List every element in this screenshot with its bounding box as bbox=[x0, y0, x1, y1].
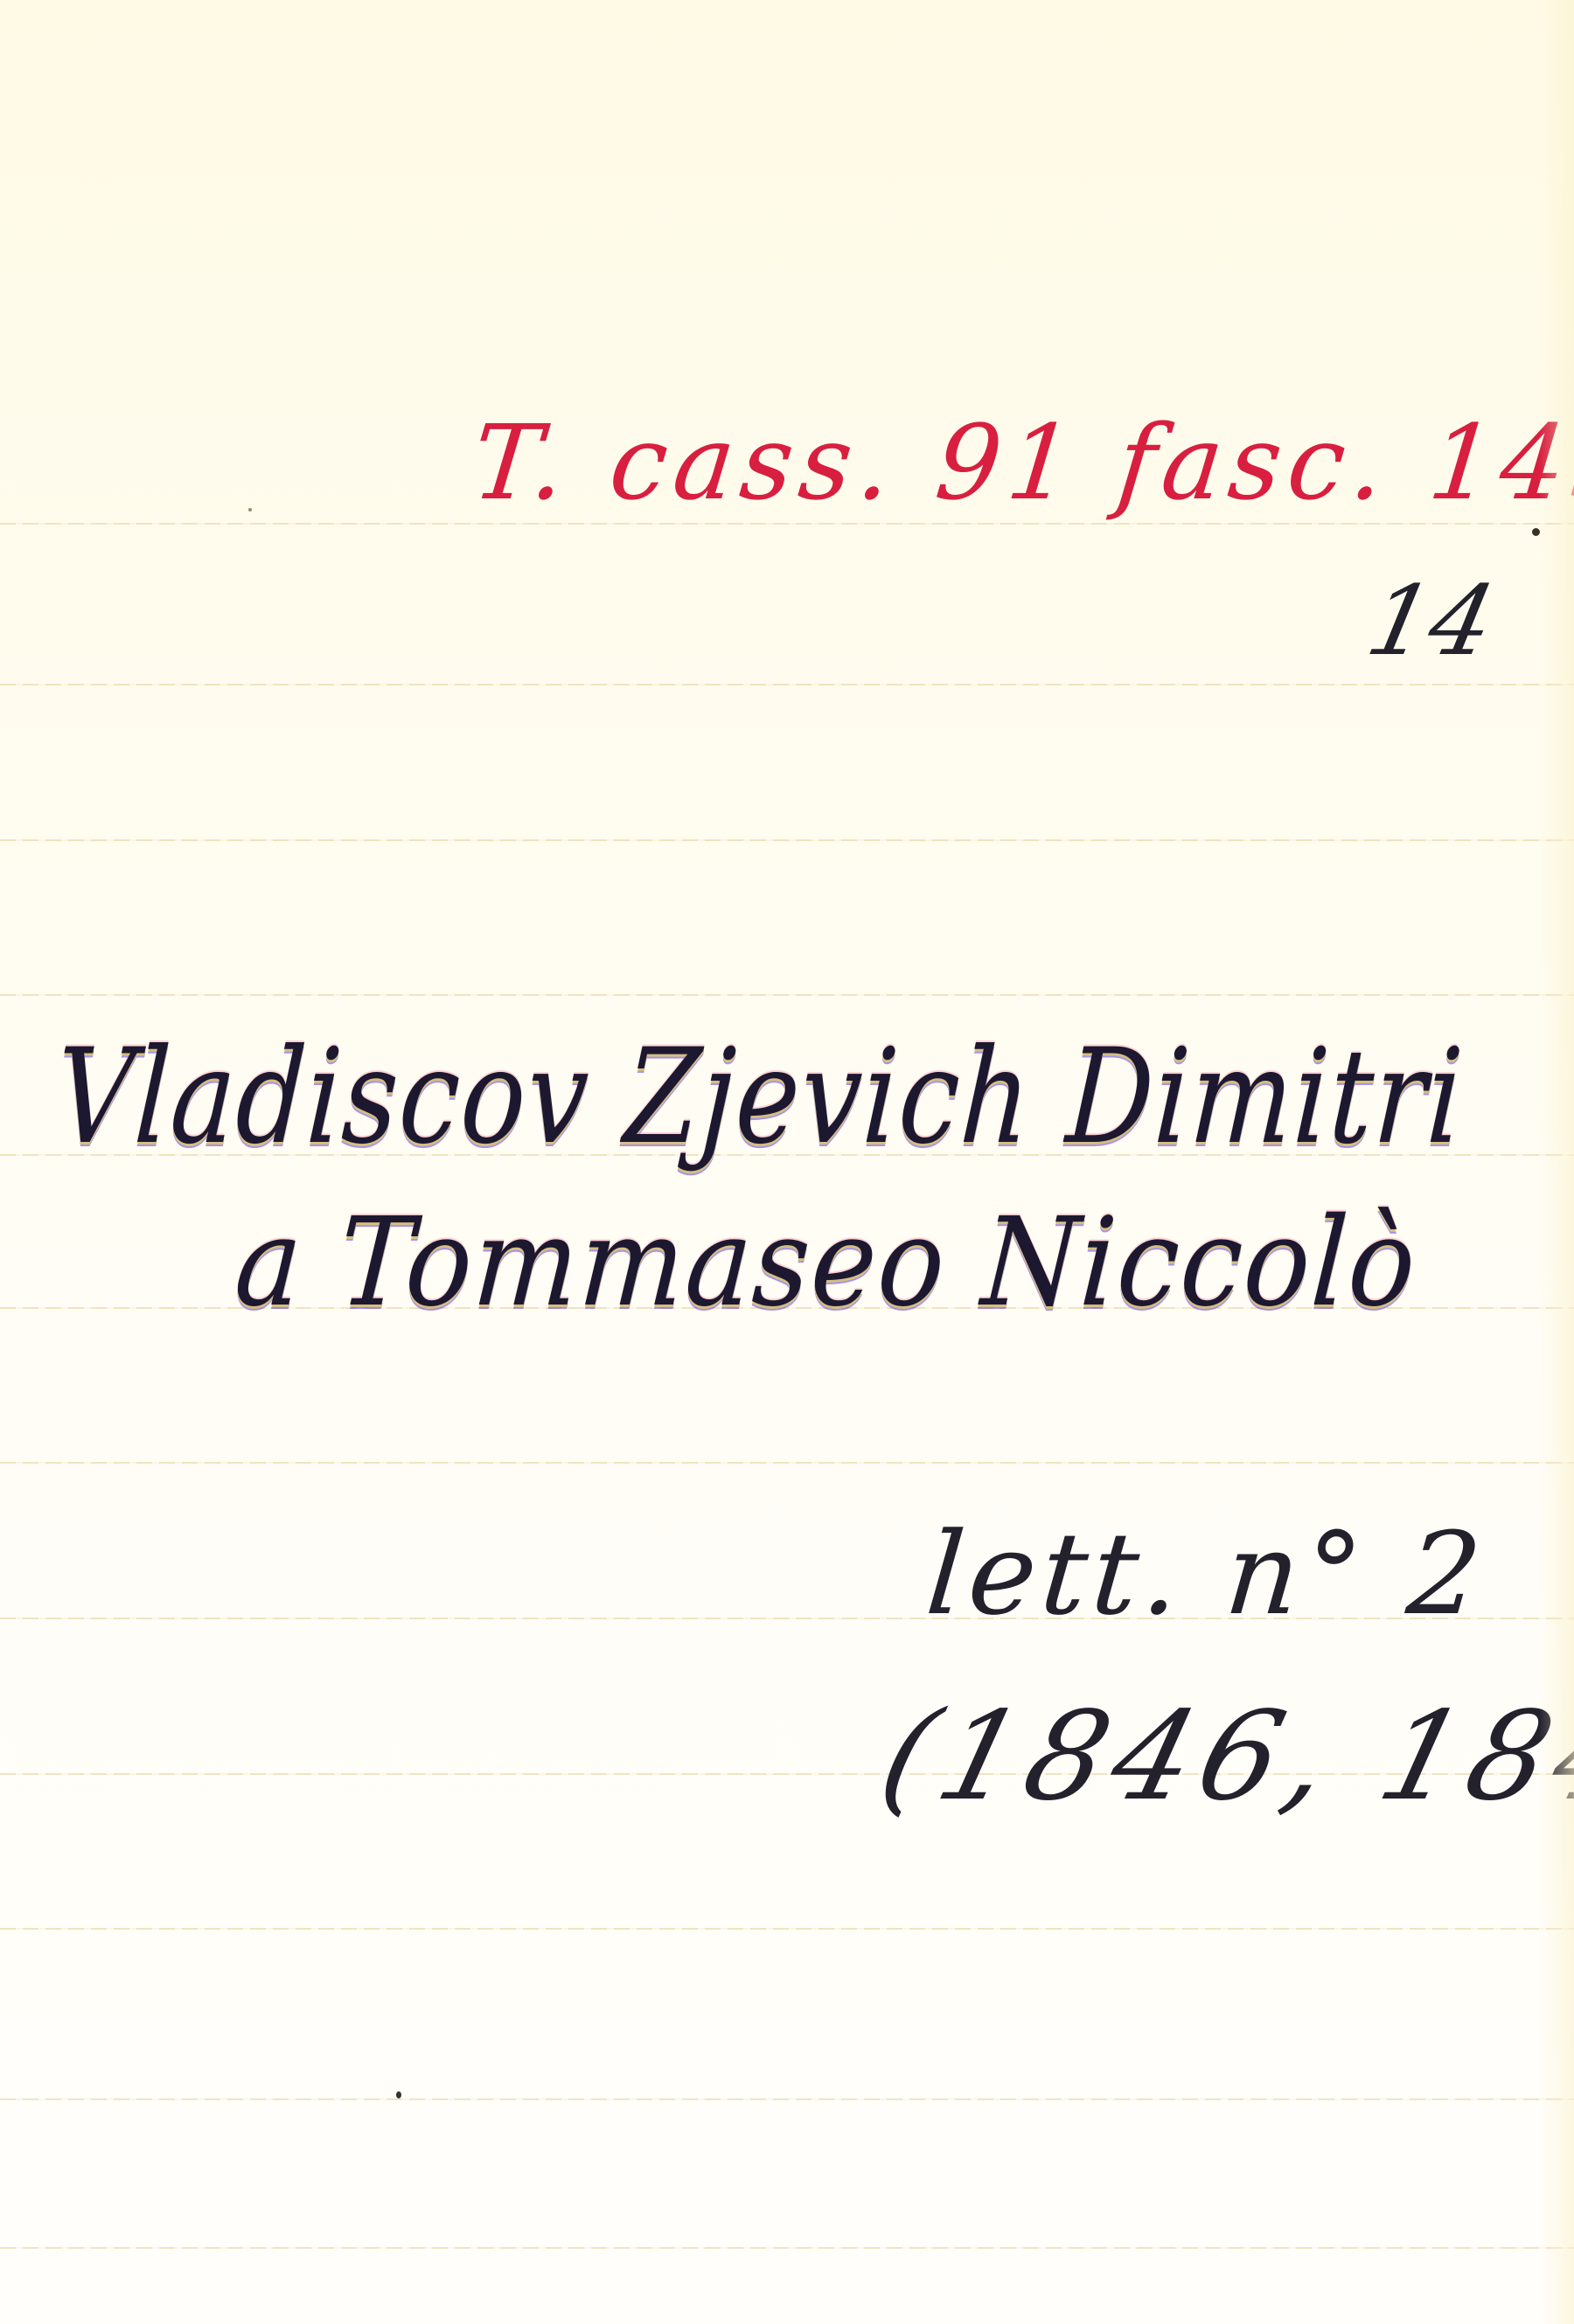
dust-speck bbox=[396, 2091, 401, 2098]
ruled-line bbox=[0, 2247, 1574, 2249]
recipient-name: a Tommaseo Niccolò bbox=[232, 1202, 1420, 1325]
ruled-line bbox=[0, 839, 1574, 841]
letter-years: (1846, 1847) bbox=[870, 1696, 1574, 1819]
ruled-line bbox=[0, 684, 1574, 685]
ruled-line bbox=[0, 523, 1574, 525]
ruled-line bbox=[0, 1462, 1574, 1464]
ruled-line bbox=[0, 994, 1574, 996]
ruled-line bbox=[0, 2098, 1574, 2100]
shelfmark: T. cass. 91 fasc. 145. bbox=[468, 411, 1574, 514]
dust-speck bbox=[1532, 528, 1540, 536]
sender-name: Vladiscov Zjevich Dimitri bbox=[52, 1032, 1467, 1163]
letters-count: lett. n° 2 bbox=[923, 1517, 1491, 1631]
ruled-line bbox=[0, 1928, 1574, 1930]
index-card: T. cass. 91 fasc. 145. 14 Vladiscov Zjev… bbox=[0, 0, 1574, 2324]
dust-speck bbox=[248, 508, 252, 511]
item-number: 14 bbox=[1360, 573, 1502, 669]
